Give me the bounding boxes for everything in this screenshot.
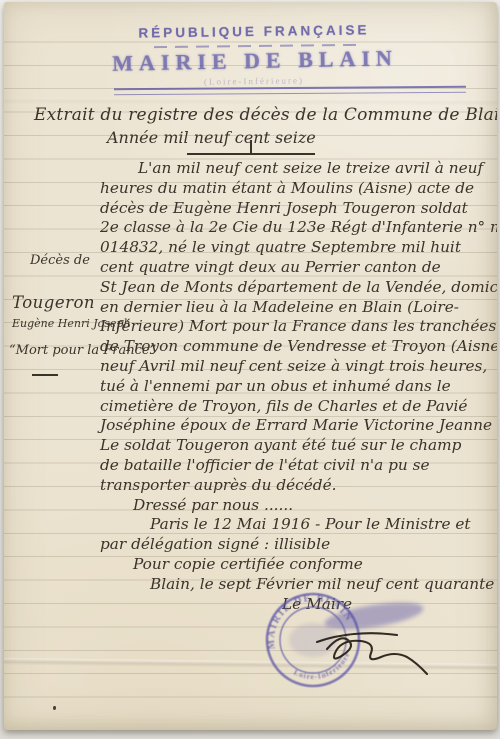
stamp-republique-francaise: RÉPUBLIQUE FRANÇAISE — [132, 22, 376, 40]
stamp-horizontal-rule — [114, 86, 466, 95]
act-line: Le soldat Tougeron ayant été tué sur le … — [100, 436, 490, 456]
stamp-center-smudge — [289, 623, 337, 657]
act-line: cimetière de Troyon, fils de Charles et … — [100, 397, 490, 417]
act-line: décès de Eugène Henri Joseph Tougeron so… — [100, 199, 490, 219]
act-body: L'an mil neuf cent seize le treize avril… — [100, 159, 490, 614]
act-line: heures du matin étant à Moulins (Aisne) … — [100, 179, 490, 199]
title-underline-tick — [250, 140, 252, 154]
margin-note-dash — [32, 374, 58, 376]
act-line-dresse-par-nous: Dressé par nous ...... — [100, 496, 490, 516]
act-line-paris-date: Paris le 12 Mai 1916 - Pour le Ministre … — [100, 515, 490, 535]
stamp-mairie-de-blain: MAIRIE DE BLAIN — [102, 45, 408, 77]
stamp-loire-inferieure: (Loire-Inférieure) — [154, 75, 354, 88]
stamp-dashed-underline — [154, 44, 360, 48]
act-line: 014832, né le vingt quatre Septembre mil… — [100, 238, 490, 258]
act-line: Inférieure) Mort pour la France dans les… — [100, 317, 490, 337]
act-line: de bataille l'officier de l'état civil n… — [100, 456, 490, 476]
act-line: en dernier lieu à la Madeleine en Blain … — [100, 298, 490, 318]
act-line: Joséphine époux de Errard Marie Victorin… — [100, 416, 490, 436]
margin-note-surname: Tougeron — [12, 293, 95, 312]
document-title: Extrait du registre des décès de la Comm… — [34, 105, 494, 125]
act-line: transporter auprès du décédé. — [100, 476, 490, 496]
act-line: St Jean de Monts département de la Vendé… — [100, 278, 490, 298]
act-line: neuf Avril mil neuf cent seize à vingt t… — [100, 357, 490, 377]
act-line: L'an mil neuf cent seize le treize avril… — [100, 159, 490, 179]
photo-backdrop: RÉPUBLIQUE FRANÇAISE MAIRIE DE BLAIN (Lo… — [0, 0, 500, 739]
act-line: tué à l'ennemi par un obus et inhumé dan… — [100, 377, 490, 397]
act-line: de Troyon commune de Vendresse et Troyon… — [100, 337, 490, 357]
act-line-delegation: par délégation signé : illisible — [100, 535, 490, 555]
bottom-stamp-and-signature: MAIRIE DE BLAIN Loire-Inférieure — [239, 585, 469, 725]
document-paper: RÉPUBLIQUE FRANÇAISE MAIRIE DE BLAIN (Lo… — [4, 2, 497, 730]
document-subtitle-year: Année mil neuf cent seize — [107, 128, 316, 147]
ink-speck — [53, 706, 56, 710]
margin-note-deces-de: Décès de — [30, 253, 90, 268]
act-line-copie-conforme: Pour copie certifiée conforme — [100, 555, 490, 575]
act-line: 2e classe à la 2e Cie du 123e Régt d'Inf… — [100, 218, 490, 238]
act-line: cent quatre vingt deux au Perrier canton… — [100, 258, 490, 278]
